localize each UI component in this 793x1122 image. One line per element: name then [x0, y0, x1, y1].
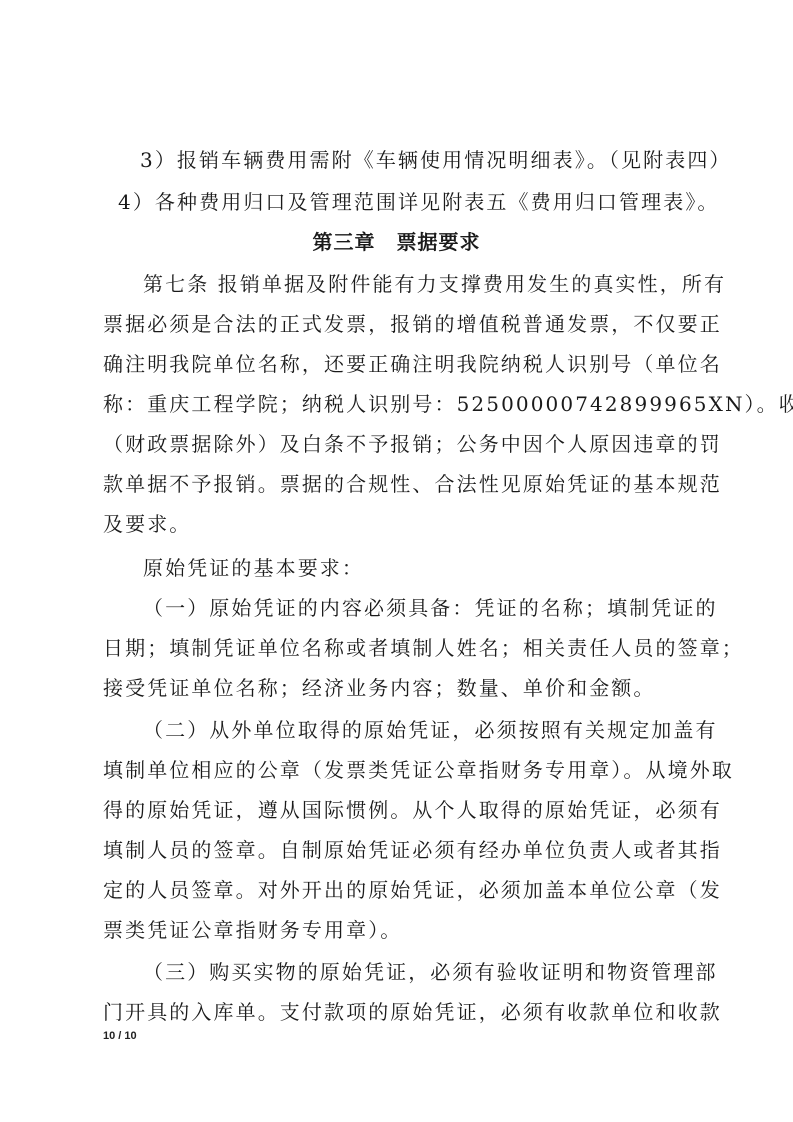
paragraph-line: 4）各种费用归口及管理范围详见附表五《费用归口管理表》。 — [118, 190, 700, 214]
paragraph-line: 3）报销车辆费用需附《车辆使用情况明细表》。（见附表四） — [140, 148, 700, 172]
paragraph-line: （财政票据除外）及白条不予报销；公务中因个人原因违章的罚 — [103, 432, 703, 456]
paragraph-line: 日期；填制凭证单位名称或者填制人姓名；相关责任人员的签章； — [103, 636, 703, 660]
paragraph-line: 票据必须是合法的正式发票，报销的增值税普通发票，不仅要正 — [103, 312, 703, 336]
page-number: 10 / 10 — [103, 1030, 137, 1042]
paragraph-line: 票类凭证公章指财务专用章）。 — [103, 918, 703, 942]
paragraph-line: 定的人员签章。对外开出的原始凭证，必须加盖本单位公章（发 — [103, 878, 703, 902]
paragraph-line: 确注明我院单位名称，还要正确注明我院纳税人识别号（单位名 — [103, 352, 703, 376]
paragraph-line: 及要求。 — [103, 512, 703, 536]
paragraph-line: 原始凭证的基本要求： — [143, 556, 743, 580]
paragraph-line: 填制人员的签章。自制原始凭证必须有经办单位负责人或者其指 — [103, 838, 703, 862]
paragraph-line: 接受凭证单位名称；经济业务内容；数量、单价和金额。 — [103, 676, 703, 700]
paragraph-line: 填制单位相应的公章（发票类凭证公章指财务专用章）。从境外取 — [103, 758, 703, 782]
paragraph-line: （三）购买实物的原始凭证，必须有验收证明和物资管理部 — [143, 960, 700, 984]
paragraph-line: （二）从外单位取得的原始凭证，必须按照有关规定加盖有 — [143, 718, 700, 742]
paragraph-line: 称：重庆工程学院；纳税人识别号：52500000742899965XN）。收据 — [103, 392, 703, 416]
paragraph-line: （一）原始凭证的内容必须具备：凭证的名称；填制凭证的 — [143, 596, 700, 620]
paragraph-line: 得的原始凭证，遵从国际惯例。从个人取得的原始凭证，必须有 — [103, 798, 703, 822]
paragraph-line: 款单据不予报销。票据的合规性、合法性见原始凭证的基本规范 — [103, 472, 703, 496]
paragraph-line: 第七条 报销单据及附件能有力支撑费用发生的真实性，所有 — [143, 272, 700, 296]
chapter-heading: 第三章 票据要求 — [0, 230, 793, 254]
document-page: 3）报销车辆费用需附《车辆使用情况明细表》。（见附表四） 4）各种费用归口及管理… — [0, 0, 793, 1122]
paragraph-line: 门开具的入库单。支付款项的原始凭证，必须有收款单位和收款 — [103, 1000, 703, 1024]
